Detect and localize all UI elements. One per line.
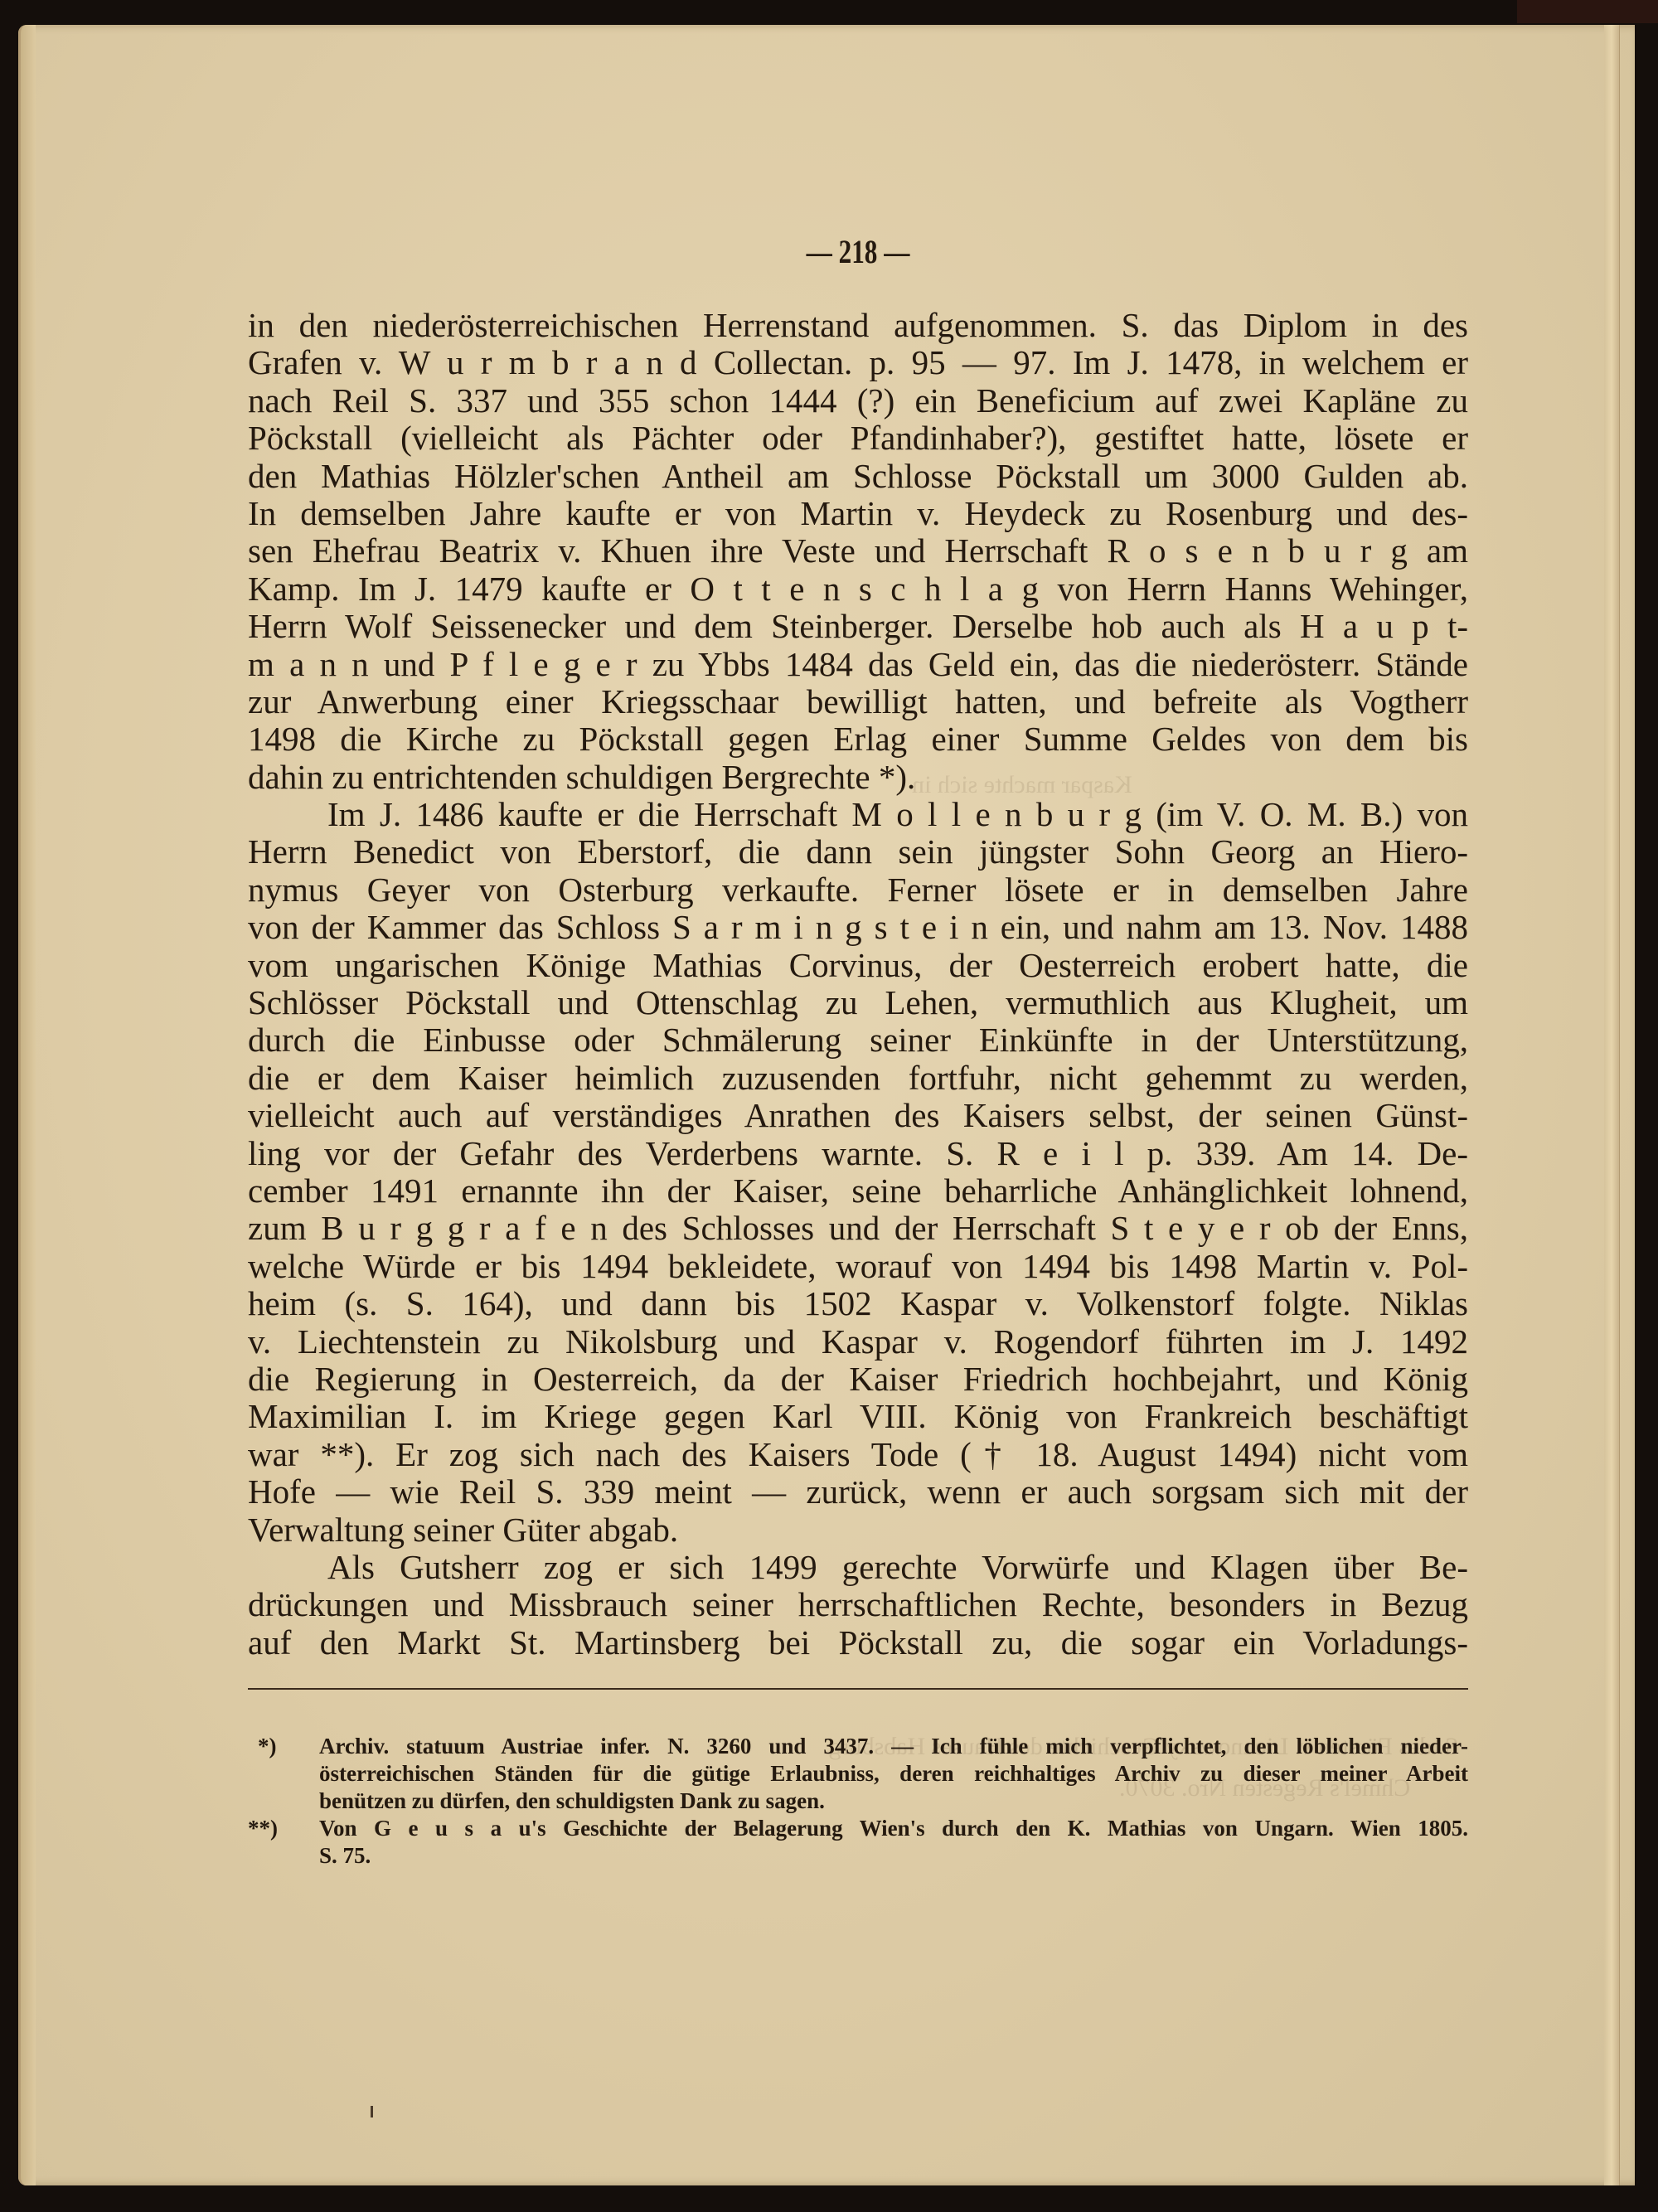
text-line: In demselben Jahre kaufte er von Martin … [248,495,1468,532]
text-line: heim (s. S. 164), und dann bis 1502 Kasp… [248,1285,1468,1322]
text-line: Maximilian I. im Kriege gegen Karl VIII.… [248,1398,1468,1435]
page-edge [18,25,36,2185]
text-line: Kamp. Im J. 1479 kaufte er O t t e n s c… [248,570,1468,608]
text-line: dahin zu entrichtenden schuldigen Bergre… [248,759,1468,796]
text-line: vielleicht auch auf verständiges Anrathe… [248,1097,1468,1134]
footnotes: *)Archiv. statuum Austriae infer. N. 326… [248,1733,1468,1870]
footnote-divider [248,1688,1468,1690]
footnote: **)Von G e u s a u's Geschichte der Bela… [248,1815,1468,1870]
text-line: den Mathias Hölzler'schen Antheil am Sch… [248,458,1468,495]
text-line: cember 1491 ernannte ihn der Kaiser, sei… [248,1172,1468,1210]
text-line: von der Kammer das Schloss S a r m i n g… [248,909,1468,946]
text-line: welche Würde er bis 1494 bekleidete, wor… [248,1248,1468,1285]
footnote-marker: *) [258,1733,277,1760]
text-line: v. Liechtenstein zu Nikolsburg und Kaspa… [248,1323,1468,1361]
footnote-line: Archiv. statuum Austriae infer. N. 3260 … [319,1733,1468,1760]
text-line: ling vor der Gefahr des Verderbens warnt… [248,1135,1468,1172]
text-line: auf den Markt St. Martinsberg bei Pöckst… [248,1624,1468,1661]
page-number: — 218 — [382,232,1334,271]
footnote-marker: **) [248,1815,278,1842]
ink-mark [371,2106,373,2117]
text-line: vom ungarischen Könige Mathias Corvinus,… [248,947,1468,984]
text-line: in den niederösterreichischen Herrenstan… [248,307,1468,344]
text-line: Schlösser Pöckstall und Ottenschlag zu L… [248,984,1468,1021]
body-text: in den niederösterreichischen Herrenstan… [248,307,1468,1661]
footnote-line: benützen zu dürfen, den schuldigsten Dan… [319,1788,1468,1815]
footnote-line: Von G e u s a u's Geschichte der Belager… [319,1815,1468,1842]
text-line: war **). Er zog sich nach des Kaisers To… [248,1436,1468,1473]
text-line: Als Gutsherr zog er sich 1499 gerechte V… [248,1549,1468,1586]
text-line: Grafen v. W u r m b r a n d Collectan. p… [248,344,1468,381]
page-fold [1604,25,1620,2185]
text-line: 1498 die Kirche zu Pöckstall gegen Erlag… [248,720,1468,758]
text-line: die er dem Kaiser heimlich zuzusenden fo… [248,1060,1468,1097]
scan-border-strip [1517,0,1658,23]
text-line: m a n n und P f l e g e r zu Ybbs 1484 d… [248,646,1468,683]
text-line: durch die Einbusse oder Schmälerung sein… [248,1021,1468,1059]
text-line: Im J. 1486 kaufte er die Herrschaft M o … [248,796,1468,833]
text-line: zur Anwerbung einer Kriegsschaar bewilli… [248,683,1468,720]
footnote-line: österreichischen Ständen für die gütige … [319,1760,1468,1788]
footnote: *)Archiv. statuum Austriae infer. N. 326… [248,1733,1468,1815]
text-line: drückungen und Missbrauch seiner herrsch… [248,1586,1468,1623]
text-line: nymus Geyer von Osterburg verkaufte. Fer… [248,871,1468,909]
text-line: Herrn Benedict von Eberstorf, die dann s… [248,833,1468,871]
text-line: Pöckstall (vielleicht als Pächter oder P… [248,420,1468,457]
text-line: Verwaltung seiner Güter abgab. [248,1511,1468,1549]
text-line: die Regierung in Oesterreich, da der Kai… [248,1361,1468,1398]
text-line: zum B u r g g r a f e n des Schlosses un… [248,1210,1468,1247]
text-line: Hofe — wie Reil S. 339 meint — zurück, w… [248,1473,1468,1511]
text-line: sen Ehefrau Beatrix v. Khuen ihre Veste … [248,532,1468,570]
text-line: Herrn Wolf Seissenecker und dem Steinber… [248,608,1468,645]
footnote-line: S. 75. [319,1842,1468,1870]
text-line: nach Reil S. 337 und 355 schon 1444 (?) … [248,382,1468,420]
